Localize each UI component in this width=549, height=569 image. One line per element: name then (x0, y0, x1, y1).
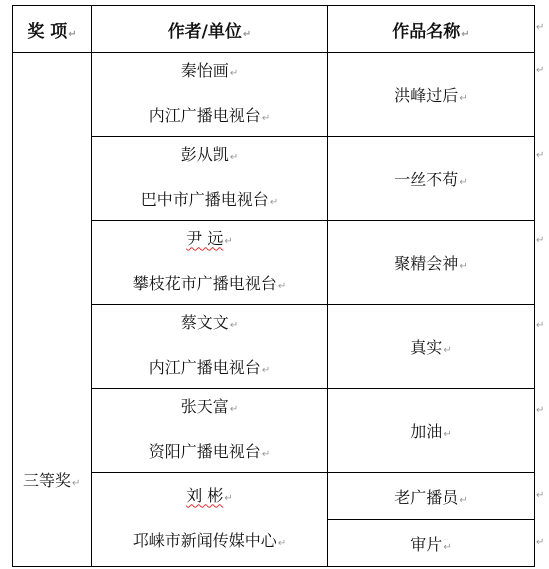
author-unit-cell: 尹 远↵攀枝花市广播电视台↵ (92, 221, 328, 305)
row-end-mark: ↵ (536, 490, 544, 501)
table-row: 刘 彬↵邛崃市新闻传媒中心↵ 老广播员↵ (13, 473, 535, 520)
table-row: 三等奖↵ 秦怡画↵内江广播电视台↵ 洪峰过后↵ (13, 53, 535, 137)
work-title-cell: 审片↵ (328, 520, 535, 567)
unit-name: 攀枝花市广播电视台 (133, 274, 277, 293)
row-end-mark: ↵ (536, 65, 544, 76)
table-row: 张天富↵资阳广播电视台↵ 加油↵ (13, 389, 535, 473)
author-name: 彭从凯 (181, 145, 229, 164)
row-end-mark: ↵ (536, 320, 544, 331)
work-title-cell: 一丝不苟↵ (328, 137, 535, 221)
unit-name: 内江广播电视台 (149, 106, 261, 125)
row-end-mark: ↵ (536, 537, 544, 548)
work-title-cell: 洪峰过后↵ (328, 53, 535, 137)
author-name: 尹 远 (186, 229, 223, 248)
row-end-mark: ↵ (536, 22, 544, 33)
header-award: 奖 项↵ (13, 6, 92, 53)
author-name: 刘 彬 (186, 486, 223, 505)
row-end-mark: ↵ (536, 150, 544, 161)
header-row: 奖 项↵ 作者/单位↵ 作品名称↵ (13, 6, 535, 53)
header-author-unit: 作者/单位↵ (92, 6, 328, 53)
author-unit-cell: 彭从凯↵巴中市广播电视台↵ (92, 137, 328, 221)
author-name: 张天富 (181, 397, 229, 416)
unit-name: 资阳广播电视台 (149, 442, 261, 461)
header-work-title: 作品名称↵ (328, 6, 535, 53)
row-end-mark: ↵ (536, 405, 544, 416)
table-row: 彭从凯↵巴中市广播电视台↵ 一丝不苟↵ (13, 137, 535, 221)
work-title-cell: 真实↵ (328, 305, 535, 389)
work-title-cell: 老广播员↵ (328, 473, 535, 520)
author-unit-cell: 秦怡画↵内江广播电视台↵ (92, 53, 328, 137)
author-unit-cell: 蔡文文↵内江广播电视台↵ (92, 305, 328, 389)
table-row: 蔡文文↵内江广播电视台↵ 真实↵ (13, 305, 535, 389)
unit-name: 内江广播电视台 (149, 358, 261, 377)
author-unit-cell: 刘 彬↵邛崃市新闻传媒中心↵ (92, 473, 328, 567)
author-name: 蔡文文 (181, 313, 229, 332)
award-level-cell: 三等奖↵ (13, 53, 92, 567)
unit-name: 邛崃市新闻传媒中心 (133, 531, 277, 550)
row-end-mark: ↵ (536, 235, 544, 246)
author-name: 秦怡画 (181, 61, 229, 80)
author-unit-cell: 张天富↵资阳广播电视台↵ (92, 389, 328, 473)
work-title-cell: 聚精会神↵ (328, 221, 535, 305)
unit-name: 巴中市广播电视台 (141, 190, 269, 209)
table-row: 尹 远↵攀枝花市广播电视台↵ 聚精会神↵ (13, 221, 535, 305)
work-title-cell: 加油↵ (328, 389, 535, 473)
awards-table: 奖 项↵ 作者/单位↵ 作品名称↵ 三等奖↵ 秦怡画↵内江广播电视台↵ 洪峰过后… (12, 5, 535, 567)
